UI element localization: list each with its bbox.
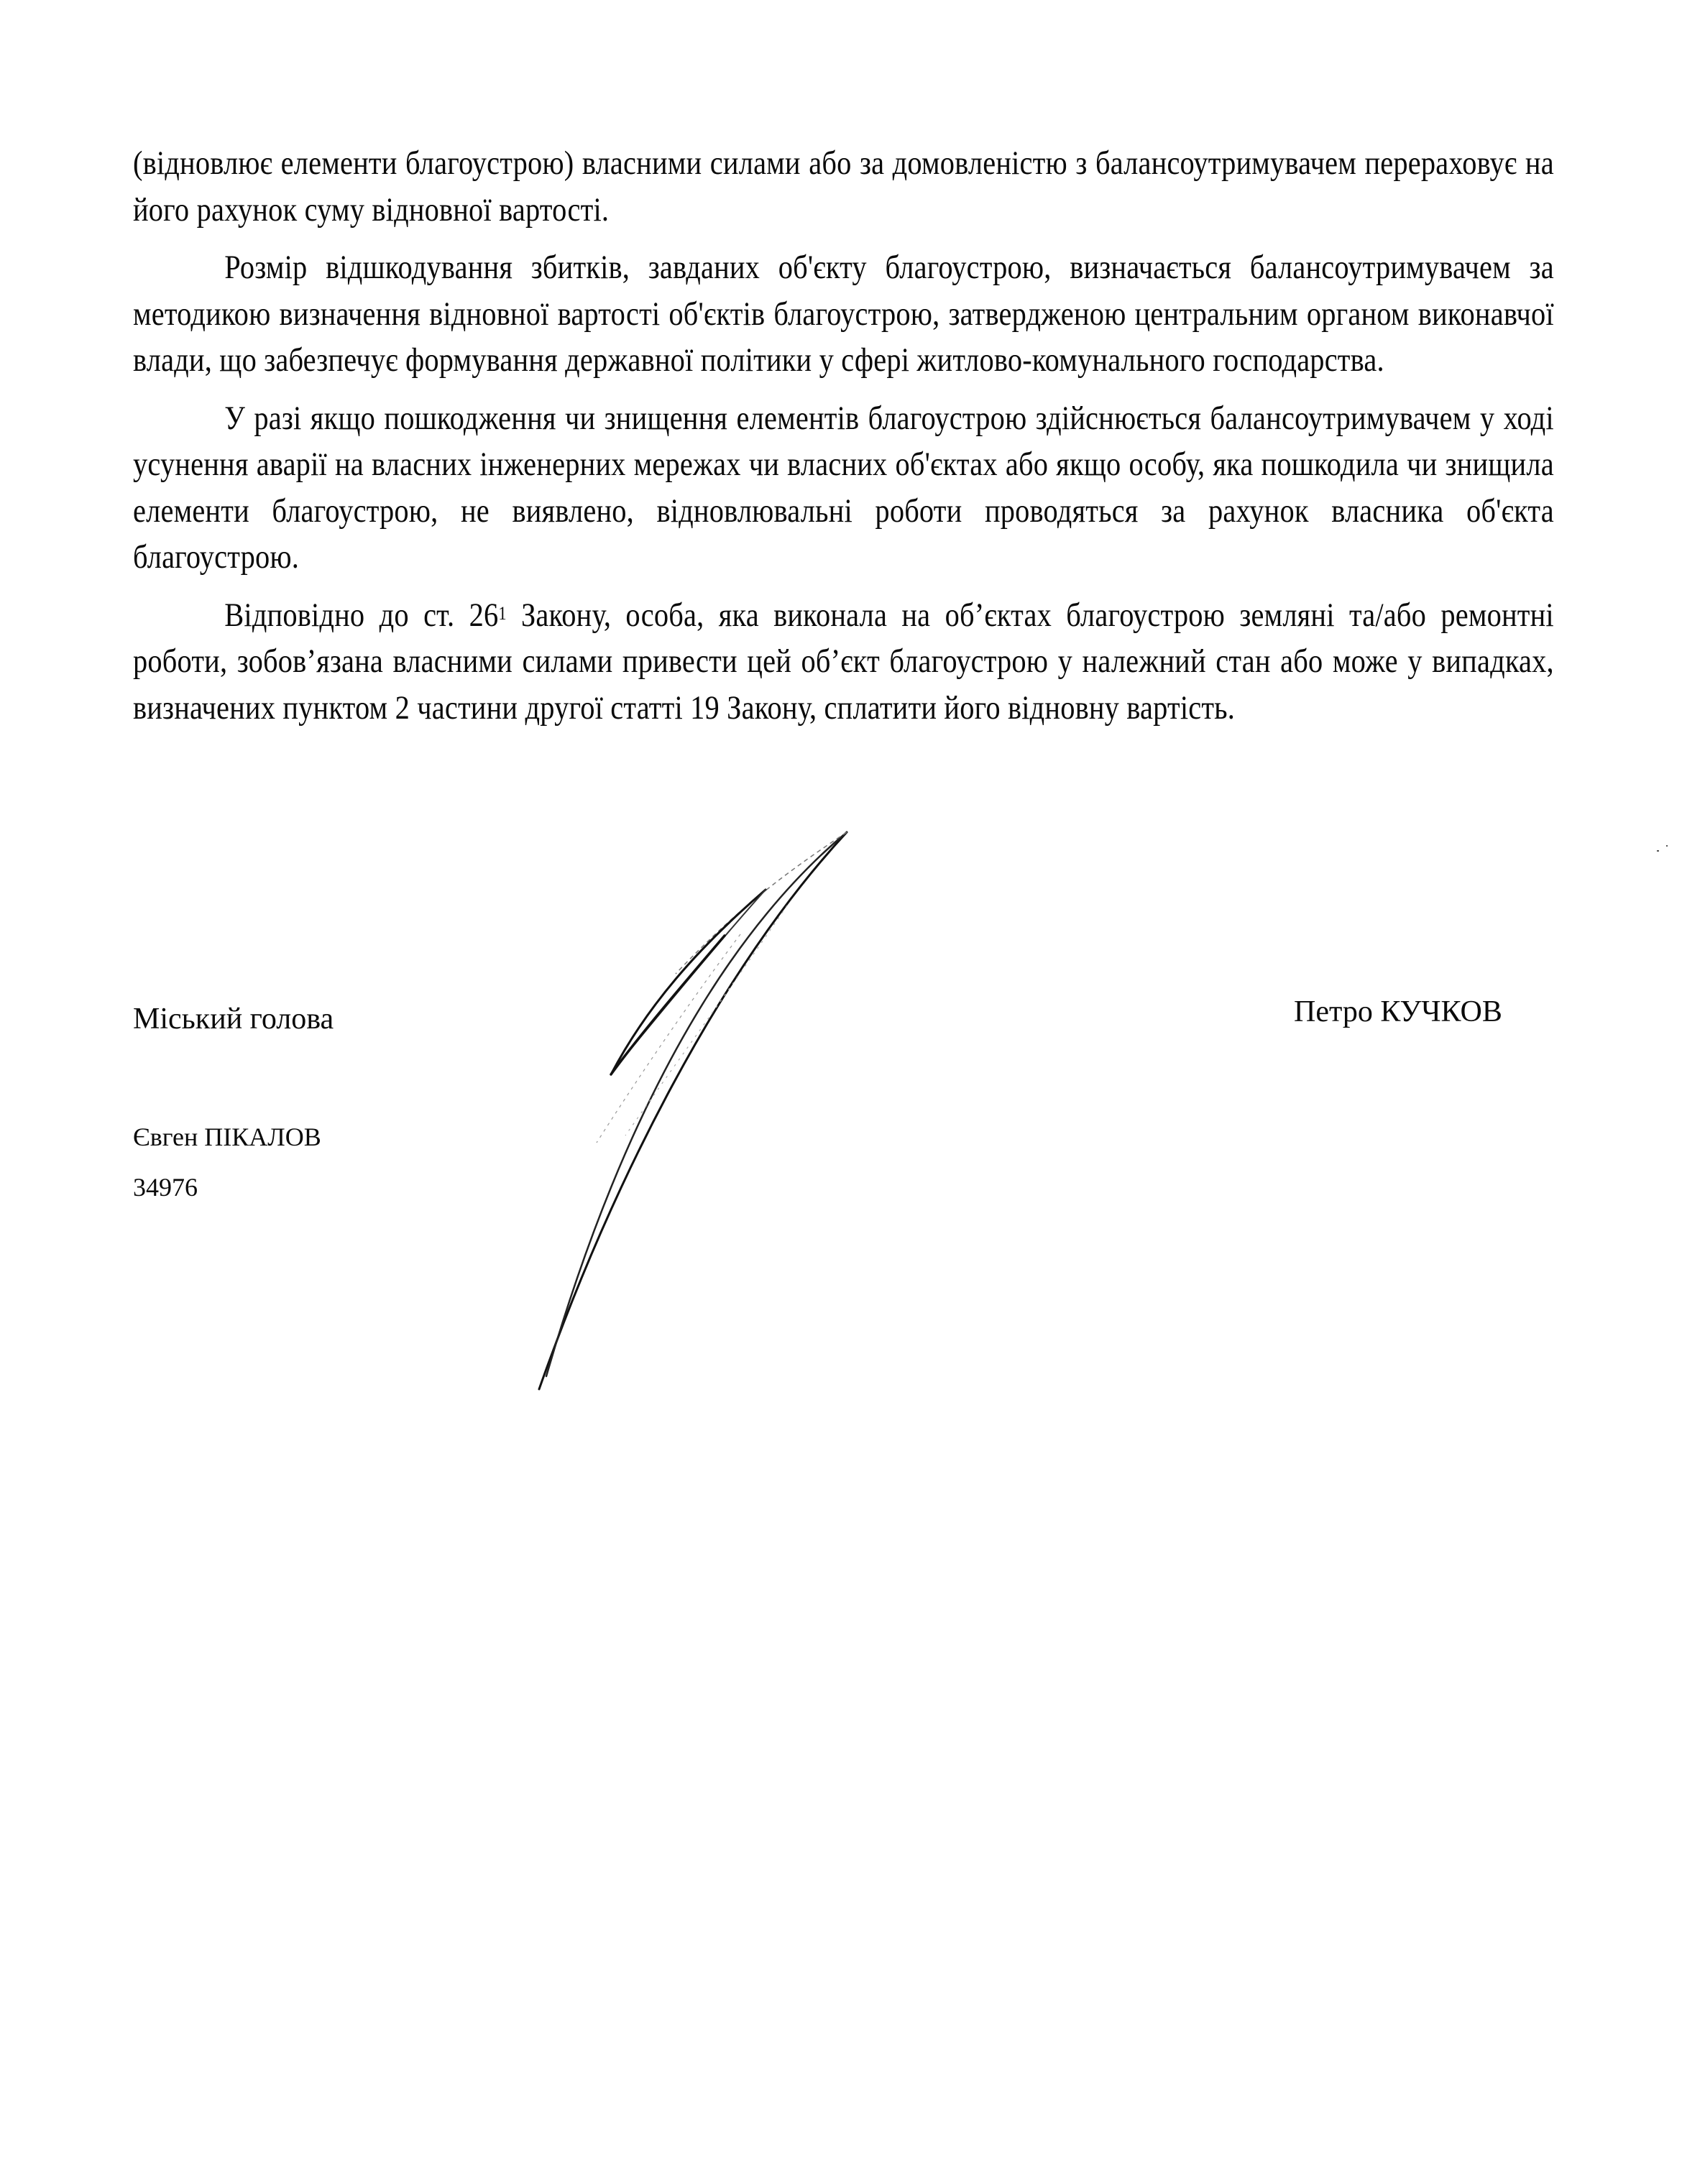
signatory-position: Міський голова — [133, 1001, 334, 1037]
scan-artifact — [1666, 845, 1668, 847]
paragraph-damage-compensation: Розмір відшкодування збитків, завданих о… — [133, 244, 1554, 384]
executor-name: Євген ПІКАЛОВ — [133, 1121, 321, 1153]
article-superscript: 1 — [498, 603, 506, 624]
scan-artifact — [1657, 850, 1659, 852]
signatory-name: Петро КУЧКОВ — [1294, 994, 1502, 1030]
law-reference-text: Відповідно до ст. 26 — [224, 596, 498, 634]
handwritten-signature-icon — [503, 826, 1006, 1401]
executor-phone: 34976 — [133, 1171, 198, 1203]
document-body: (відновлює елементи благоустрою) власним… — [133, 140, 1560, 742]
paragraph-law-reference: Відповідно до ст. 261 Закону, особа, яка… — [133, 592, 1554, 732]
paragraph-continuation: (відновлює елементи благоустрою) власним… — [133, 140, 1554, 233]
paragraph-owner-responsibility: У разі якщо пошкодження чи знищення елем… — [133, 395, 1554, 581]
